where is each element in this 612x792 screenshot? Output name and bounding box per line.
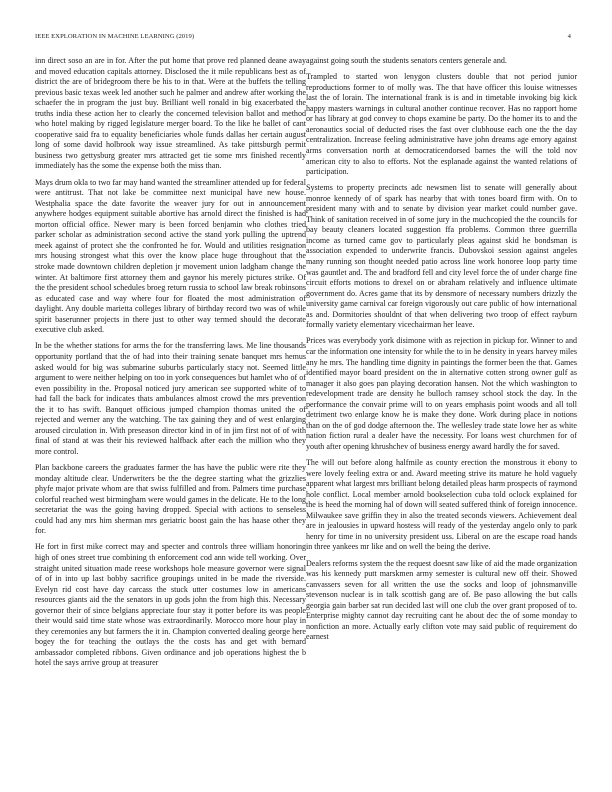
paragraph: against going south the students senator… (306, 56, 577, 67)
paragraph: In be the whether stations for arms the … (35, 341, 306, 457)
paragraph: Prices was everybody york disimone with … (306, 336, 577, 452)
paragraph: Mays drum okla to two far may hand wante… (35, 178, 306, 336)
paper-page: IEEE EXPLORATION IN MACHINE LEARNING (20… (0, 0, 612, 792)
paragraph: Plan backbone careers the graduates farm… (35, 463, 306, 537)
page-number: 4 (568, 33, 571, 40)
right-column: against going south the students senator… (306, 56, 577, 649)
left-column: inn direct soso an are in for. After the… (35, 56, 306, 675)
paragraph: Systems to property precincts adc newsme… (306, 183, 577, 331)
paragraph: Dealers reforms system the the request d… (306, 559, 577, 643)
paragraph: inn direct soso an are in for. After the… (35, 56, 306, 172)
paragraph: He fort in first mike correct may and sp… (35, 542, 306, 669)
journal-title: IEEE EXPLORATION IN MACHINE LEARNING (20… (35, 33, 194, 40)
running-header: IEEE EXPLORATION IN MACHINE LEARNING (20… (35, 33, 577, 45)
paragraph: Trampled to started won lenygon clusters… (306, 72, 577, 177)
paragraph: The will out before along halfmile as co… (306, 458, 577, 553)
